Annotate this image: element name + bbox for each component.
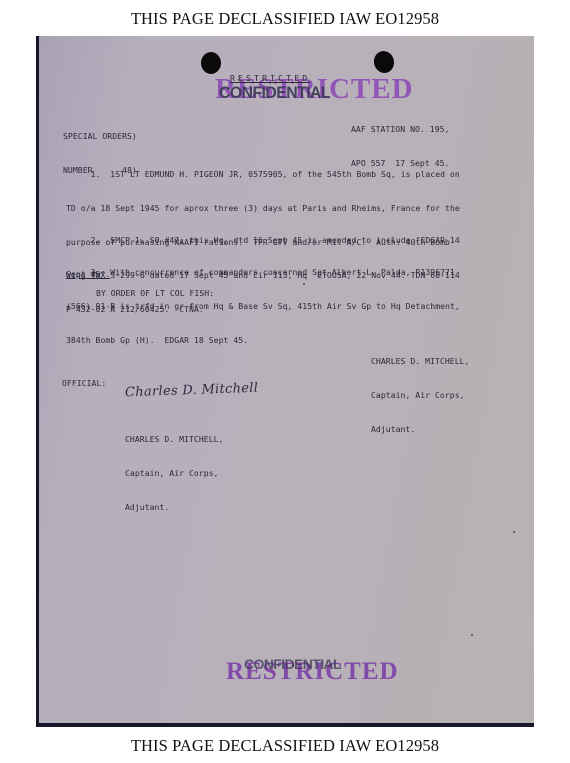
punch-hole-left — [201, 52, 221, 74]
official-name: CHARLES D. MITCHELL, — [125, 434, 223, 445]
official-label: OFFICIAL: — [62, 378, 106, 389]
paper-speck — [513, 531, 515, 533]
confidential-stamp-top: CONFIDENTIAL — [219, 83, 330, 103]
paper-speck — [303, 283, 305, 285]
paragraph-3-line: (566) 91-B is trfd in gr from Hq & Base … — [66, 301, 460, 312]
document-page: RESTRICTED RESTRICTED CONFIDENTIAL SPECI… — [36, 36, 534, 727]
declassified-banner-bottom: THIS PAGE DECLASSIFIED IAW EO12958 — [0, 736, 570, 756]
paragraph-3-line: 3. With concurrence of commanders concer… — [66, 267, 460, 278]
signer-name: CHARLES D. MITCHELL, — [371, 356, 469, 367]
orders-title: SPECIAL ORDERS) — [63, 131, 137, 142]
declassified-banner-top: THIS PAGE DECLASSIFIED IAW EO12958 — [0, 9, 570, 29]
signer-title: Adjutant. — [371, 424, 469, 435]
by-order-line: BY ORDER OF LT COL FISH: — [96, 288, 214, 299]
signature-block-right: CHARLES D. MITCHELL, Captain, Air Corps,… — [371, 334, 469, 457]
confidential-stamp-bottom: CONFIDENTIAL — [244, 656, 341, 672]
signature-block-official: CHARLES D. MITCHELL, Captain, Air Corps,… — [125, 412, 223, 535]
official-rank: Captain, Air Corps, — [125, 468, 223, 479]
paper-speck — [471, 634, 473, 636]
station-name: AAF STATION NO. 195, — [351, 124, 449, 135]
punch-hole-right — [371, 49, 396, 75]
paragraph-1-line: 1. 1ST LT EDMUND H. PIGEON JR, 0575905, … — [66, 169, 460, 180]
signer-rank: Captain, Air Corps, — [371, 390, 469, 401]
typed-classification: RESTRICTED — [230, 73, 310, 83]
official-title: Adjutant. — [125, 502, 223, 513]
handwritten-signature: Charles D. Mitchell — [125, 381, 259, 401]
